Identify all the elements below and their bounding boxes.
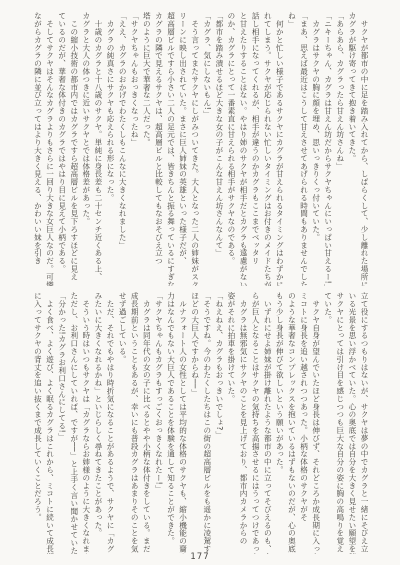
text-column: カグラの純真さにサクヤも応えられる形になった。: [104, 12, 116, 286]
text-column: カグラと大人の体つきに近いサクヤとでは体格差があった。: [80, 12, 92, 286]
text-column: 話し相手になってくれるが、相手が違うのかカグラもここまでベッタリ: [249, 12, 261, 286]
text-column: 超高層ビルですら小さい二人の足元では、皆きちんと振る舞っているにすぎない。: [164, 12, 176, 286]
text-column: 「カグラ、気にしないもん!」: [201, 12, 213, 286]
text-column: 姿がそれに拍車を掛けていた。: [225, 292, 237, 554]
page-number: 177: [0, 552, 400, 562]
text-column: 何かと忙しい様子であるサクヤにカグラが甘えられるタイミングはわずかに限ら: [273, 12, 285, 286]
book-page: サクヤが都市の中に足を踏み入れてから、しばらくして、少し離れた場所にいたカグラが…: [0, 0, 400, 565]
text-column: 「サクヤちゃんもおっきくなったね」: [128, 12, 140, 286]
text-column: せず過ごしている。: [116, 292, 128, 554]
text-column: よく食べ、よく遊び、よく眠るカグラはこれから、ミコトに続いて成長期: [43, 292, 55, 554]
text-column: のような華奢なコンプレックスを抱いているはずもないのだが、心の奥底には: [285, 292, 297, 554]
text-column: らが巨人となることはサクヤの気持ちを高揚させるにはうってつけであった。: [249, 292, 261, 554]
text-column: 成長期前ということもあるが、幸いにも普段カグラはあまりそのことを気に: [128, 292, 140, 554]
text-column: サクヤ自身が望んでいたほど身長は伸びず、それどころか成長期に入った妹: [310, 292, 322, 554]
text-column: もう少し身長が伸びて欲しいという願いがあった。: [273, 292, 285, 554]
text-column: いる光景を思い浮かべていた。心の奥底では自分を大きく見せたい願望を秘め、: [346, 292, 358, 554]
text-column: 「あらあら、カグラったら甘えん坊さんね」: [334, 12, 346, 286]
text-column: ただし、お利口さんにしていれば、ですが──」と上手く言い聞かせていた。: [68, 292, 80, 554]
text-column: 力はなんでもない大巨人であることを体験を通して知ることができた。: [164, 292, 176, 554]
text-column: れてしまう。サクヤが応じられない忙しいタイミングはお付きのメイドたちが: [261, 12, 273, 286]
text-column: ながらカグラの隣に並び立ってはより大きく見える、かわいい妹を引き: [31, 12, 43, 286]
text-column: と甘えたりすることはない。やはり姉のサクヤが相手だとカグラも遠慮がない: [237, 12, 249, 286]
text-column: そう言ってまたサクヤにしがみついてきた。大人となった二人の姉妹がスク: [189, 12, 201, 286]
text-column: ているのだが、華奢な体付きのカグラではやはり目に見えて小柄である。: [56, 12, 68, 286]
text-column: 「サクヤちゃんもカグラもすっごくおっきくなれたー!」: [152, 292, 164, 554]
text-column: この縮小技術の都市内ではカグラですら超高層ビルを見下ろすほどに見え: [68, 12, 80, 286]
text-column: いずれにせよ姉妹が掛け離れたような都市の中に立ってそびえるのも、自: [261, 292, 273, 554]
text-column: ね」: [285, 12, 297, 286]
text-column: そういう時はいつもサクヤは「カグラならお姉様のように大きくなれますよ、: [80, 292, 92, 554]
lower-text-band: 立て役にするつもりはないが、サクヤは夢の中でカグラと一緒にそびえ立っている光景を…: [30, 292, 370, 554]
text-column: 立て役にするつもりはないが、サクヤは夢の中でカグラと一緒にそびえ立って: [358, 292, 370, 554]
text-column: 「分かった!カグラお利口さんにしてる!」: [56, 292, 68, 554]
text-column: カグラはサクヤの胸に顔を埋め、思いっきりくっ付いていた。: [310, 12, 322, 286]
text-column: 「ええ、カグラのおかげでわたくしもこんなに大きくなれました」: [116, 12, 128, 286]
text-column: に入ってサクヤの背丈を追い抜くまで成長していくことだろう。: [31, 292, 43, 554]
text-column: ただ、それでもやはり時折気になることがあるようで、サクヤに「カグラも: [104, 292, 116, 554]
text-column: ミコトに身長を追い越されつつあった。小柄な体格のサクヤがそ: [297, 292, 309, 554]
text-column: そしてサクヤはそんなカグラよりもさらに一回り大きな女巨人なのだ。可憐: [43, 12, 55, 286]
text-column: カグラは無邪気にサクヤのことを見上げており、都市内カメラからの: [237, 292, 249, 554]
text-column: 十歳のカグラと十八歳のサクヤ。単純に身長差も二十センチ近くある上、: [92, 12, 104, 286]
text-column: カグラの隣で見えるサクヤは、超高層ビルと比較してもなおそびえ立つ: [152, 12, 164, 286]
upper-text-band: サクヤが都市の中に足を踏み入れてから、しばらくして、少し離れた場所にいたカグラが…: [30, 12, 370, 286]
text-column: 「ねえねえ、カグラもおっきいでしょ?」: [213, 292, 225, 554]
text-column: 塔のように巨大で華奢な二人だった。: [140, 12, 152, 286]
text-column: ルナフォート人の女性としては平均的な体格のサクヤも、縮小機能の齎す: [177, 292, 189, 554]
text-column: リーンに映し出されていた。まさに巨人姉妹の英雄といった様子だが、: [177, 12, 189, 286]
text-column: カグラが駆け寄ってきて抱き着いてきた。: [346, 12, 358, 286]
text-column: ていた。: [322, 292, 334, 554]
text-column: サクヤにとっては引け目を感じつつも巨大な自分の姿に胸の高鳴りを覚え: [334, 292, 346, 554]
text-column: ほどの大巨人ですからね──」: [189, 292, 201, 554]
text-column: みたいに大きくなれるかね」といじらしく尋ねてきたことがあった。: [92, 292, 104, 554]
text-column: のか、カグラにとって一番素直に甘えられる相手がサクヤなのである。: [225, 12, 237, 286]
text-column: サクヤが都市の中に足を踏み入れてから、しばらくして、少し離れた場所にいた: [358, 12, 370, 286]
text-column: 「ニキーちゃん、カグラは甘えん坊だからサクヤちゃんにいっぱい甘えるー!」: [322, 12, 334, 286]
text-column: 「そうですね。今のわたくしたちはこの街の超高層ビルをも遥かに凌駕する: [201, 292, 213, 554]
text-column: カグラは同年代の女の子に比べるとやや小柄な体付きをしている。まだ: [140, 292, 152, 554]
text-column: 「まあ、思えば最近はこうして甘えさせてあげられる時間もありませんでしたわ: [297, 12, 309, 286]
text-column: 「都市を踏み潰せるほど大きな女の子がこんな甘えん坊さんなんて」: [213, 12, 225, 286]
